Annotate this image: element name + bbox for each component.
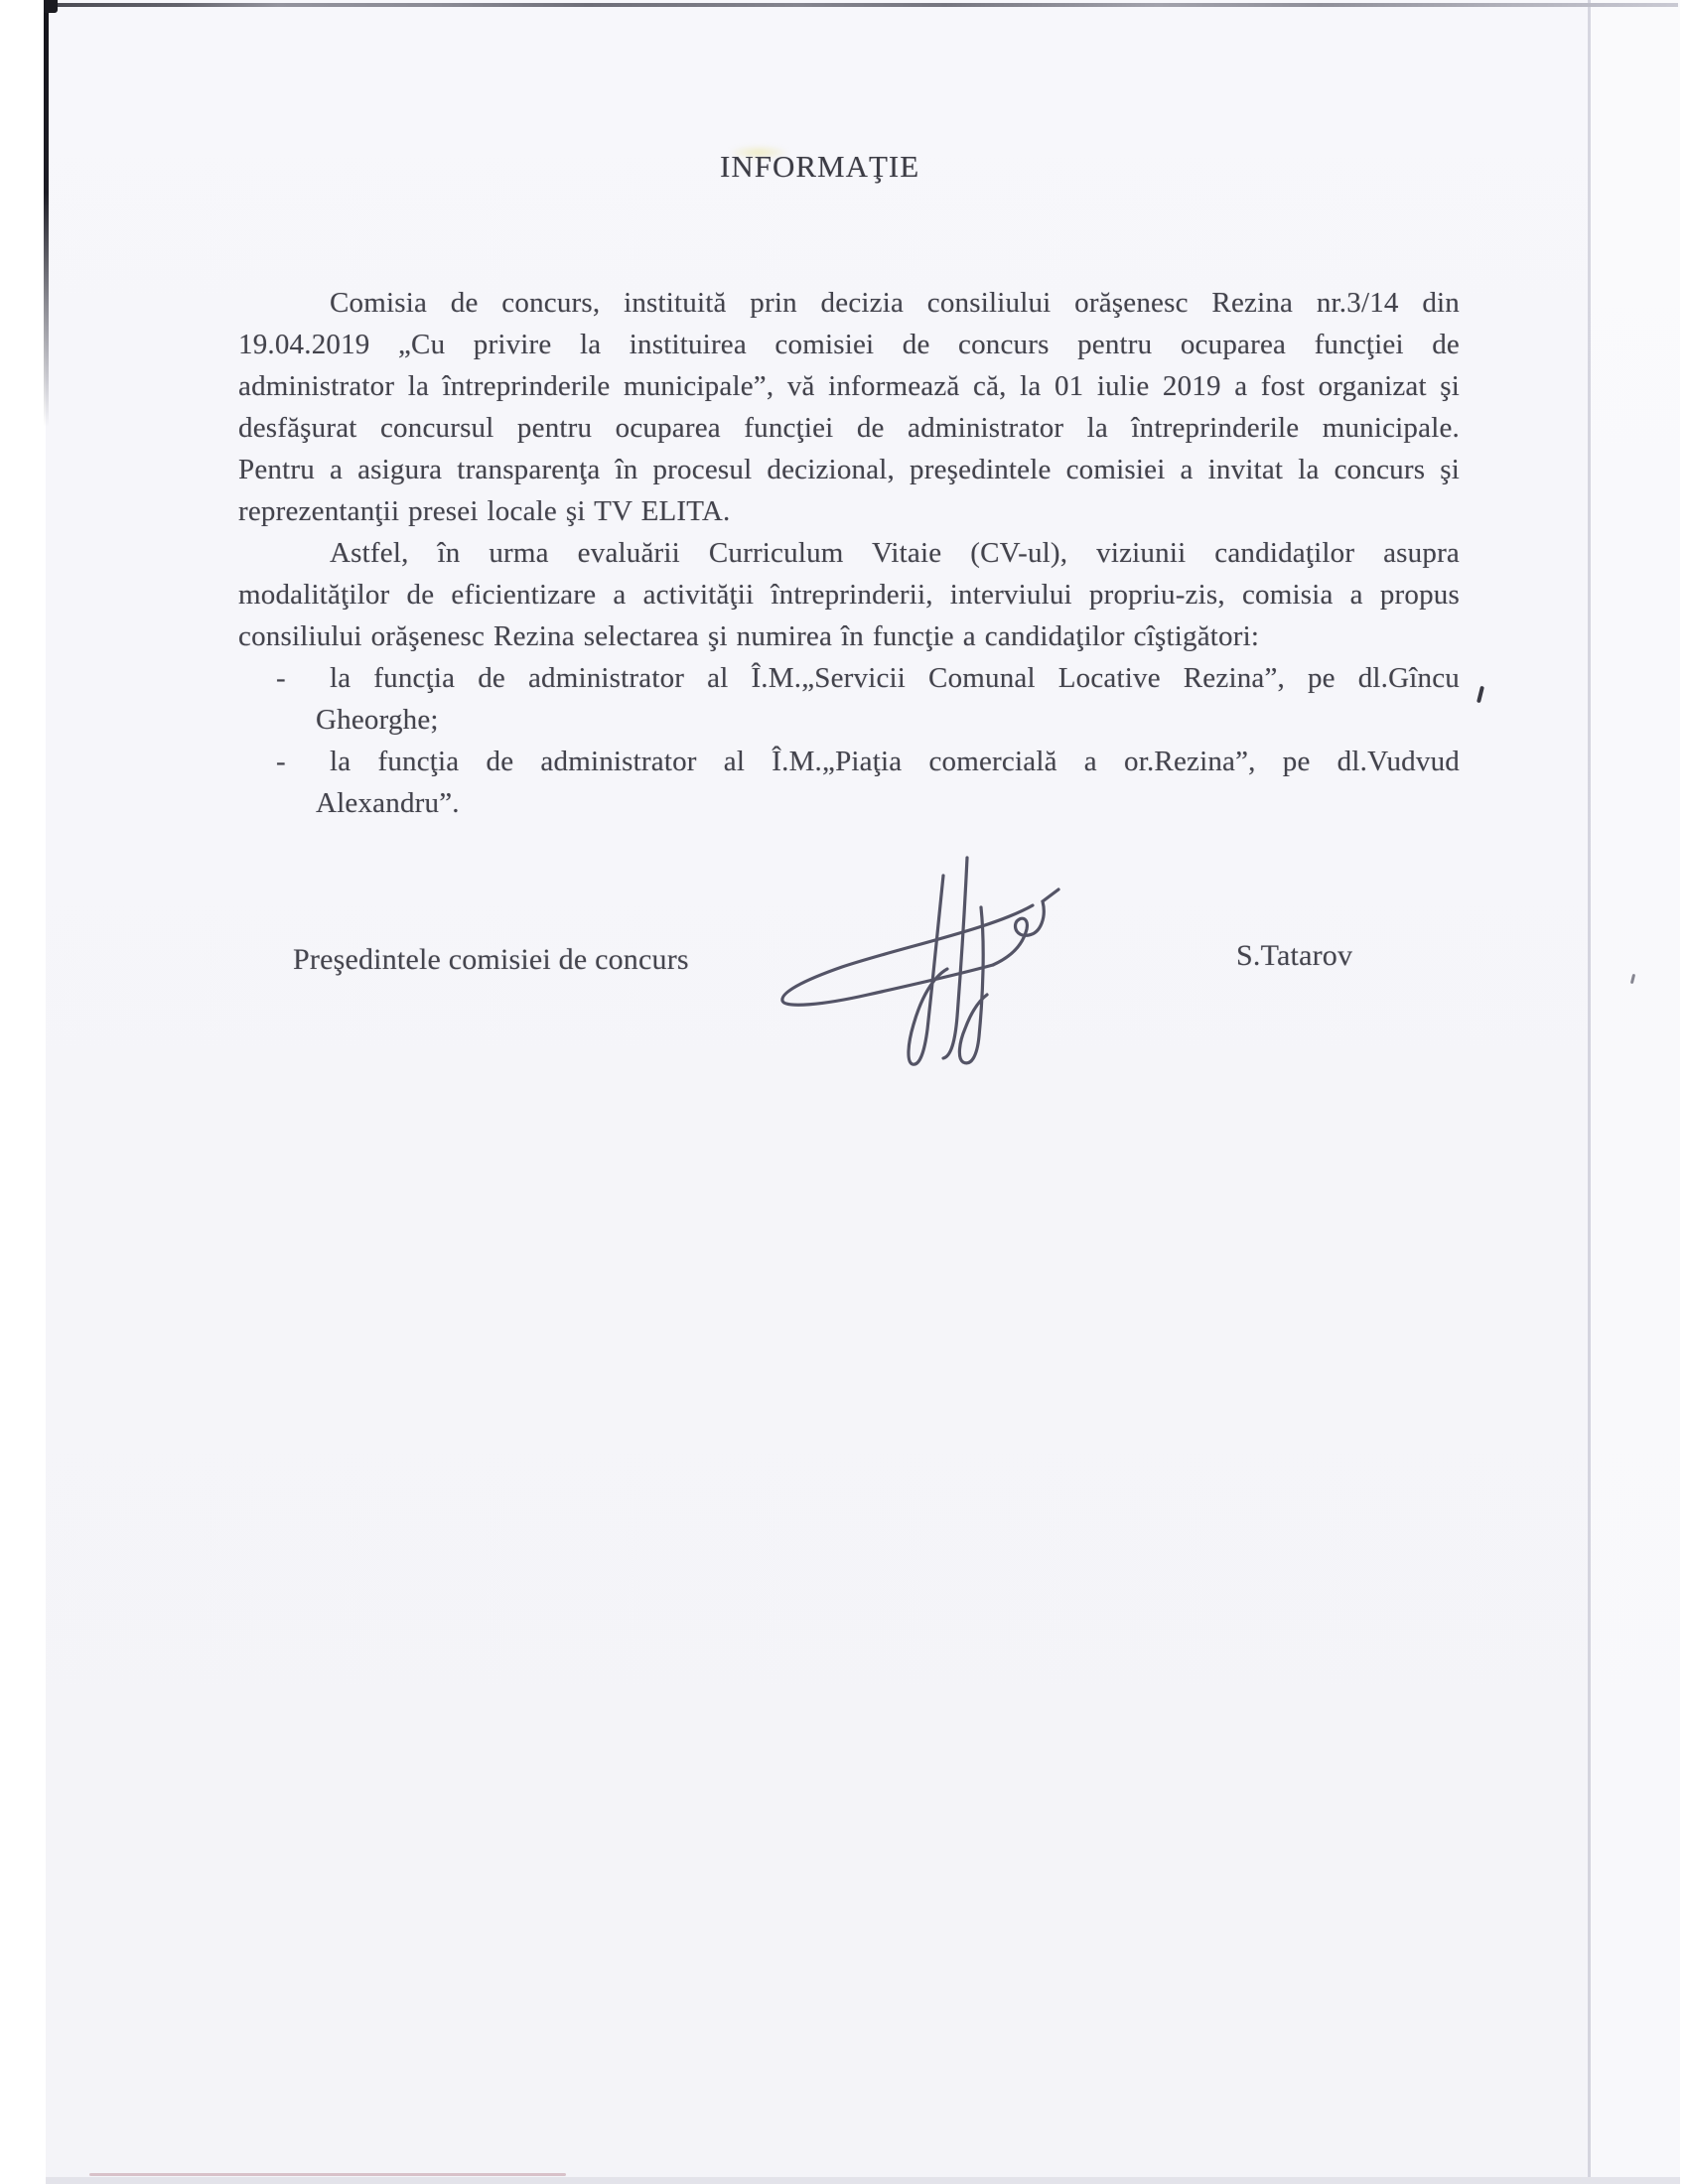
scan-left-edge-artifact <box>44 0 49 427</box>
document-body: Comisia de concurs, instituită prin deci… <box>238 282 1460 824</box>
document-title: INFORMAŢIE <box>720 149 919 185</box>
list-item-line: Gheorghe; <box>316 699 1460 741</box>
paragraph-line: desfăşurat concursul pentru ocuparea fun… <box>238 407 1460 449</box>
paragraph-line: consiliului orăşenesc Rezina selectarea … <box>238 615 1460 657</box>
scan-bottom-edge-artifact <box>46 2177 1680 2184</box>
list-item-line: Alexandru”. <box>316 782 1460 824</box>
paragraph-line: Pentru a asigura transparenţa în procesu… <box>238 449 1460 490</box>
scan-bottom-line-artifact <box>89 2173 566 2176</box>
bullet-dash-marker: - <box>276 741 298 782</box>
paragraph-line: Astfel, în urma evaluării Curriculum Vit… <box>238 532 1460 574</box>
list-item-line: la funcţia de administrator al Î.M.„Serv… <box>316 657 1460 699</box>
paragraph: Astfel, în urma evaluării Curriculum Vit… <box>238 532 1460 657</box>
list-item: - la funcţia de administrator al Î.M.„Se… <box>316 657 1460 741</box>
paragraph-line: modalităţilor de eficientizare a activit… <box>238 574 1460 615</box>
paragraph-line: administrator la întreprinderile municip… <box>238 365 1460 407</box>
paragraph-line: Comisia de concurs, instituită prin deci… <box>238 282 1460 324</box>
scanned-document: INFORMAŢIE Comisia de concurs, instituit… <box>0 0 1688 2184</box>
scan-top-edge-artifact <box>50 3 1678 7</box>
paragraph-line: 19.04.2019 „Cu privire la instituirea co… <box>238 324 1460 365</box>
scan-light-column <box>1591 0 1680 2184</box>
list-item-line: la funcţia de administrator al Î.M.„Piaţ… <box>316 741 1460 782</box>
paragraph-line: reprezentanţii presei locale şi TV ELITA… <box>238 490 1460 532</box>
signature-name: S.Tatarov <box>1236 939 1352 973</box>
bullet-dash-marker: - <box>276 657 298 699</box>
handwritten-signature <box>773 846 1070 1074</box>
paragraph: Comisia de concurs, instituită prin deci… <box>238 282 1460 532</box>
list-item: - la funcţia de administrator al Î.M.„Pi… <box>316 741 1460 824</box>
fold-crease-line <box>1588 0 1591 2184</box>
signature-role-label: Preşedintele comisiei de concurs <box>293 943 689 977</box>
scan-corner-blob <box>44 0 58 13</box>
